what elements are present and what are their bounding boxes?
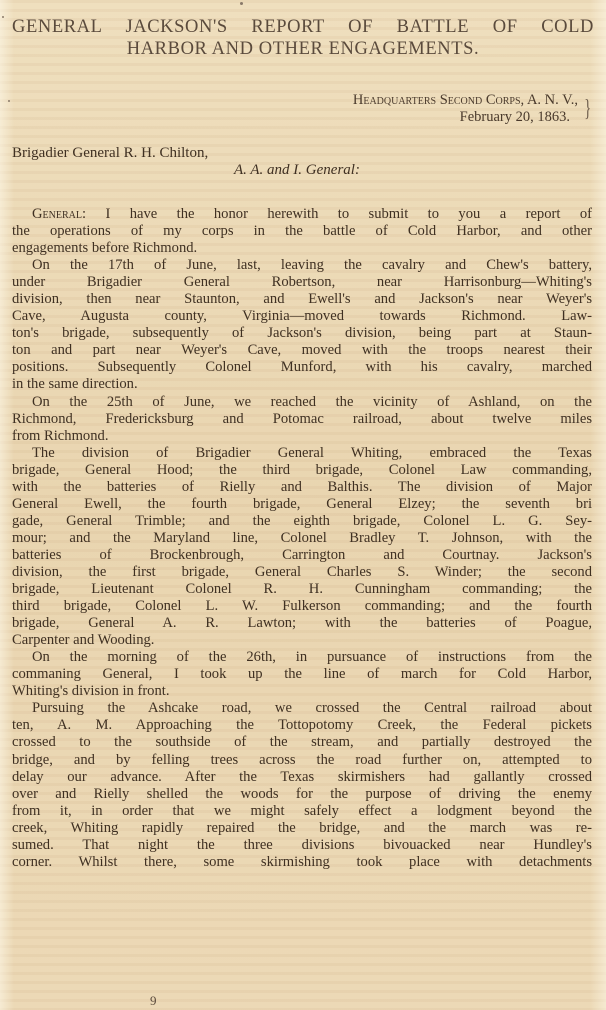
document-page: GENERAL JACKSON'S REPORT OF BATTLE OF CO… [0, 0, 606, 1010]
text-line: brigade, General Hood; the third brigade… [12, 462, 592, 479]
text-line: sumed. That night the three divisions bi… [12, 837, 592, 854]
text-line: Pursuing the Ashcake road, we crossed th… [12, 700, 592, 717]
text-line: General: I have the honor herewith to su… [12, 206, 592, 223]
text-line: Richmond, Fredericksburg and Potomac rai… [12, 411, 592, 428]
addressee-title: A. A. and I. General: [12, 162, 592, 179]
title-line-2: HARBOR AND OTHER ENGAGEMENTS. [12, 38, 594, 60]
text-line: division, the first brigade, General Cha… [12, 564, 592, 581]
text-line: General Ewell, the fourth brigade, Gener… [12, 496, 592, 513]
date-line: February 20, 1863. [178, 109, 578, 126]
text-line: ten, A. M. Approaching the Tottopotomy C… [12, 717, 592, 734]
text-line: delay our advance. After the Texas skirm… [12, 769, 592, 786]
text-line: Carpenter and Wooding. [12, 632, 592, 649]
text-line: over and Rielly shelled the woods for th… [12, 786, 592, 803]
text-line: engagements before Richmond. [12, 240, 592, 257]
text-line: brigade, General A. R. Lawton; with the … [12, 615, 592, 632]
text-line: division, then near Staunton, and Ewell'… [12, 291, 592, 308]
text-line: third brigade, Colonel L. W. Fulkerson c… [12, 598, 592, 615]
brace-glyph: } [585, 92, 592, 126]
dateline: Headquarters Second Corps, A. N. V., Feb… [178, 92, 578, 126]
text-line: brigade, Lieutenant Colonel R. H. Cunnin… [12, 581, 592, 598]
paper-speck [2, 16, 4, 18]
text-line: ton's brigade, subsequently of Jackson's… [12, 325, 592, 342]
text-line: from it, in order that we might safely e… [12, 803, 592, 820]
text-line: Cave, Augusta county, Virginia—moved tow… [12, 308, 592, 325]
paper-speck [8, 100, 10, 102]
text-line: bridge, and by felling trees across the … [12, 752, 592, 769]
text-line: creek, Whiting rapidly repaired the brid… [12, 820, 592, 837]
text-line: from Richmond. [12, 428, 592, 445]
text-line: gade, General Trimble; and the eighth br… [12, 513, 592, 530]
addressee-name: Brigadier General R. H. Chilton, [12, 145, 592, 162]
text-line: ton and part near Weyer's Cave, moved wi… [12, 342, 592, 359]
text-line: On the morning of the 26th, in pursuance… [12, 649, 592, 666]
report-body: General: I have the honor herewith to su… [12, 206, 592, 871]
text-line: Whiting's division in front. [12, 683, 592, 700]
text-line: the operations of my corps in the battle… [12, 223, 592, 240]
text-line: positions. Subsequently Colonel Munford,… [12, 359, 592, 376]
page-number: 9 [150, 993, 157, 1009]
text-line: corner. Whilst there, some skirmishing t… [12, 854, 592, 871]
text-line: The division of Brigadier General Whitin… [12, 445, 592, 462]
text-line: under Brigadier General Robertson, near … [12, 274, 592, 291]
headquarters-line: Headquarters Second Corps, A. N. V., [178, 92, 578, 109]
text-line: On the 17th of June, last, leaving the c… [12, 257, 592, 274]
text-line: mour; and the Maryland line, Colonel Bra… [12, 530, 592, 547]
text-line: commaning General, I took up the line of… [12, 666, 592, 683]
text-line: On the 25th of June, we reached the vici… [12, 394, 592, 411]
title-line-1: GENERAL JACKSON'S REPORT OF BATTLE OF CO… [12, 16, 594, 38]
text-line: in the same direction. [12, 376, 592, 393]
paper-speck [240, 2, 243, 5]
addressee-block: Brigadier General R. H. Chilton, A. A. a… [12, 145, 592, 179]
text-line: with the batteries of Rielly and Balthis… [12, 479, 592, 496]
text-line: batteries of Brockenbrough, Carrington a… [12, 547, 592, 564]
text-line: crossed to the southside of the stream, … [12, 734, 592, 751]
document-title: GENERAL JACKSON'S REPORT OF BATTLE OF CO… [12, 16, 594, 60]
